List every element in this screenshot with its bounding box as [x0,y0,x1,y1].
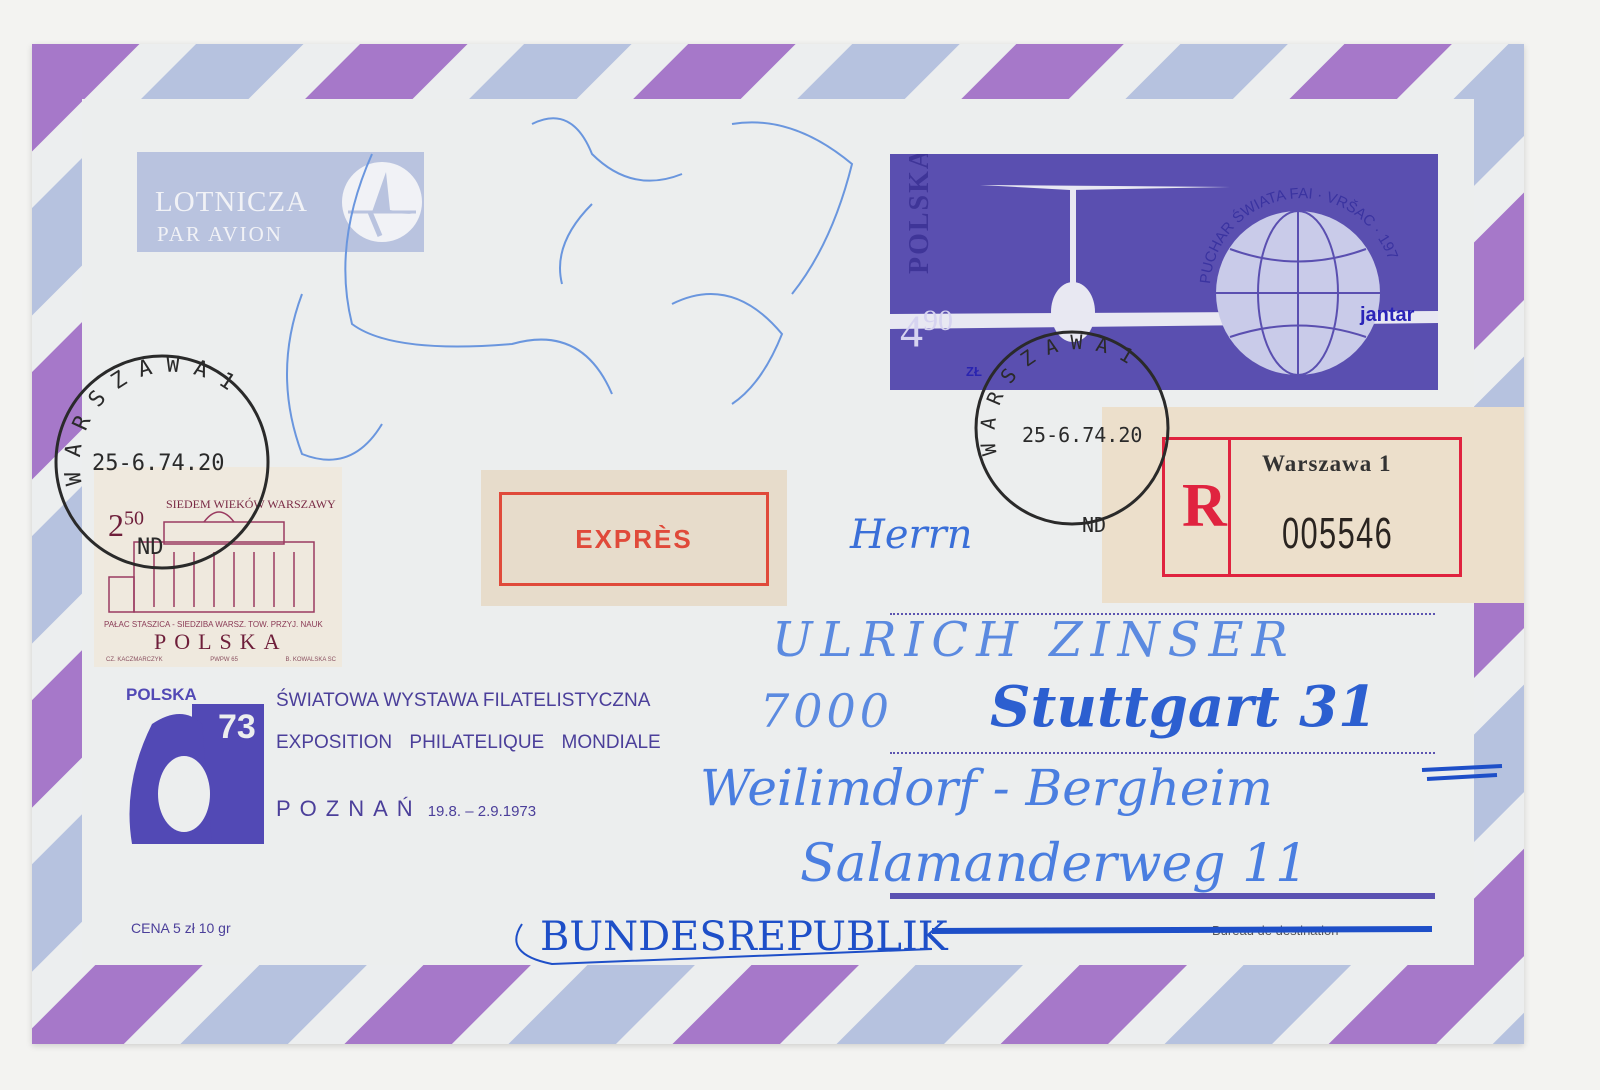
envelope: LOTNICZA PAR AVION PUCHAR [32,44,1524,1044]
dove-doodle-icon [287,118,852,459]
svg-text:ND: ND [1082,513,1106,537]
svg-text:25-6.74.20: 25-6.74.20 [92,451,224,476]
svg-text:25-6.74.20: 25-6.74.20 [1022,423,1142,447]
ink-overlay: W A R S Z A W A 1 25-6.74.20 ND W A R S … [32,44,1524,1044]
svg-text:ND: ND [137,535,164,560]
